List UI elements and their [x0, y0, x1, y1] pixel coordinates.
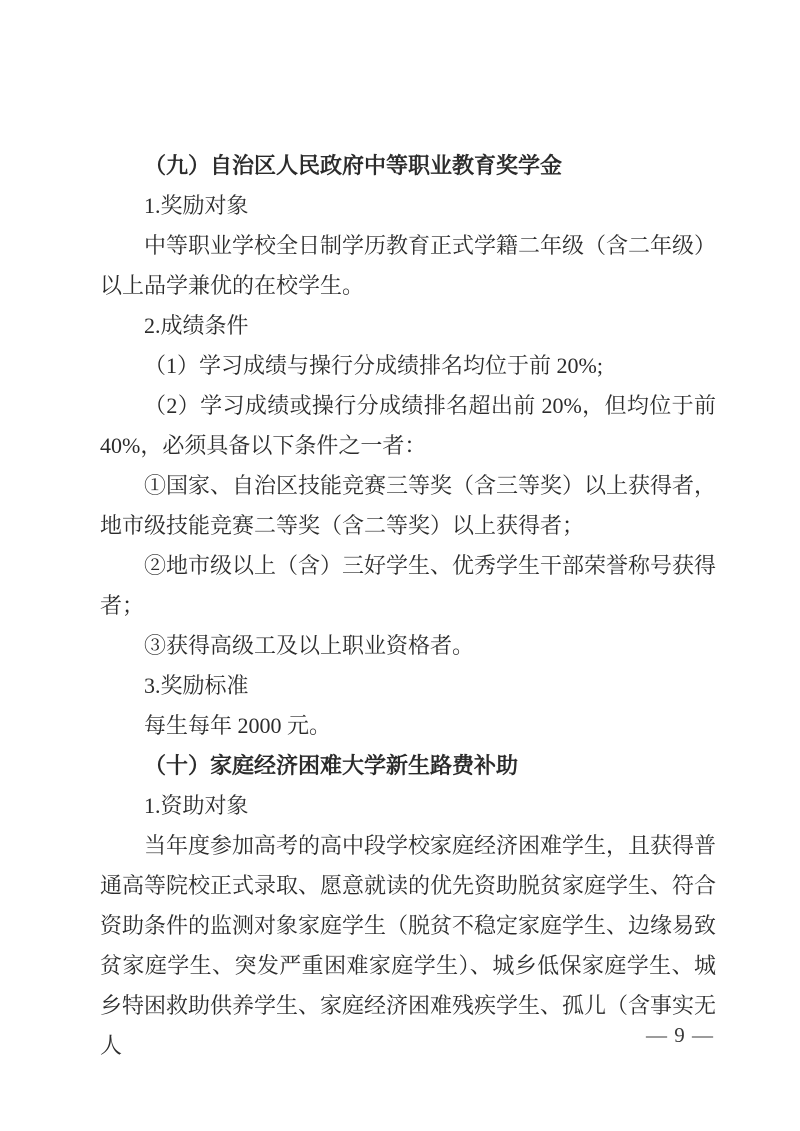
paragraph-reward-standard-label: 3.奖励标准: [100, 666, 716, 706]
paragraph-condition-1: （1）学习成绩与操行分成绩排名均位于前 20%;: [100, 346, 716, 386]
paragraph-subcondition-3: ③获得高级工及以上职业资格者。: [100, 626, 716, 666]
section-heading-10: （十）家庭经济困难大学新生路费补助: [100, 746, 716, 786]
paragraph-aid-target-label: 1.资助对象: [100, 786, 716, 826]
paragraph-subcondition-2: ②地市级以上（含）三好学生、优秀学生干部荣誉称号获得者；: [100, 546, 716, 626]
document-page: （九）自治区人民政府中等职业教育奖学金 1.奖励对象 中等职业学校全日制学历教育…: [0, 0, 800, 1131]
paragraph-subcondition-1: ①国家、自治区技能竞赛三等奖（含三等奖）以上获得者，地市级技能竞赛二等奖（含二等…: [100, 466, 716, 546]
paragraph-reward-target-body: 中等职业学校全日制学历教育正式学籍二年级（含二年级）以上品学兼优的在校学生。: [100, 226, 716, 306]
page-footer: — 9 —: [646, 1020, 714, 1050]
paragraph-aid-target-body: 当年度参加高考的高中段学校家庭经济困难学生，且获得普通高等院校正式录取、愿意就读…: [100, 826, 716, 1066]
paragraph-reward-target-label: 1.奖励对象: [100, 186, 716, 226]
section-heading-9: （九）自治区人民政府中等职业教育奖学金: [100, 146, 716, 186]
paragraph-condition-2: （2）学习成绩或操行分成绩排名超出前 20%，但均位于前 40%，必须具备以下条…: [100, 386, 716, 466]
document-body: （九）自治区人民政府中等职业教育奖学金 1.奖励对象 中等职业学校全日制学历教育…: [100, 146, 716, 1066]
paragraph-grade-condition-label: 2.成绩条件: [100, 306, 716, 346]
paragraph-reward-standard-body: 每生每年 2000 元。: [100, 706, 716, 746]
page-number: — 9 —: [646, 1023, 714, 1047]
